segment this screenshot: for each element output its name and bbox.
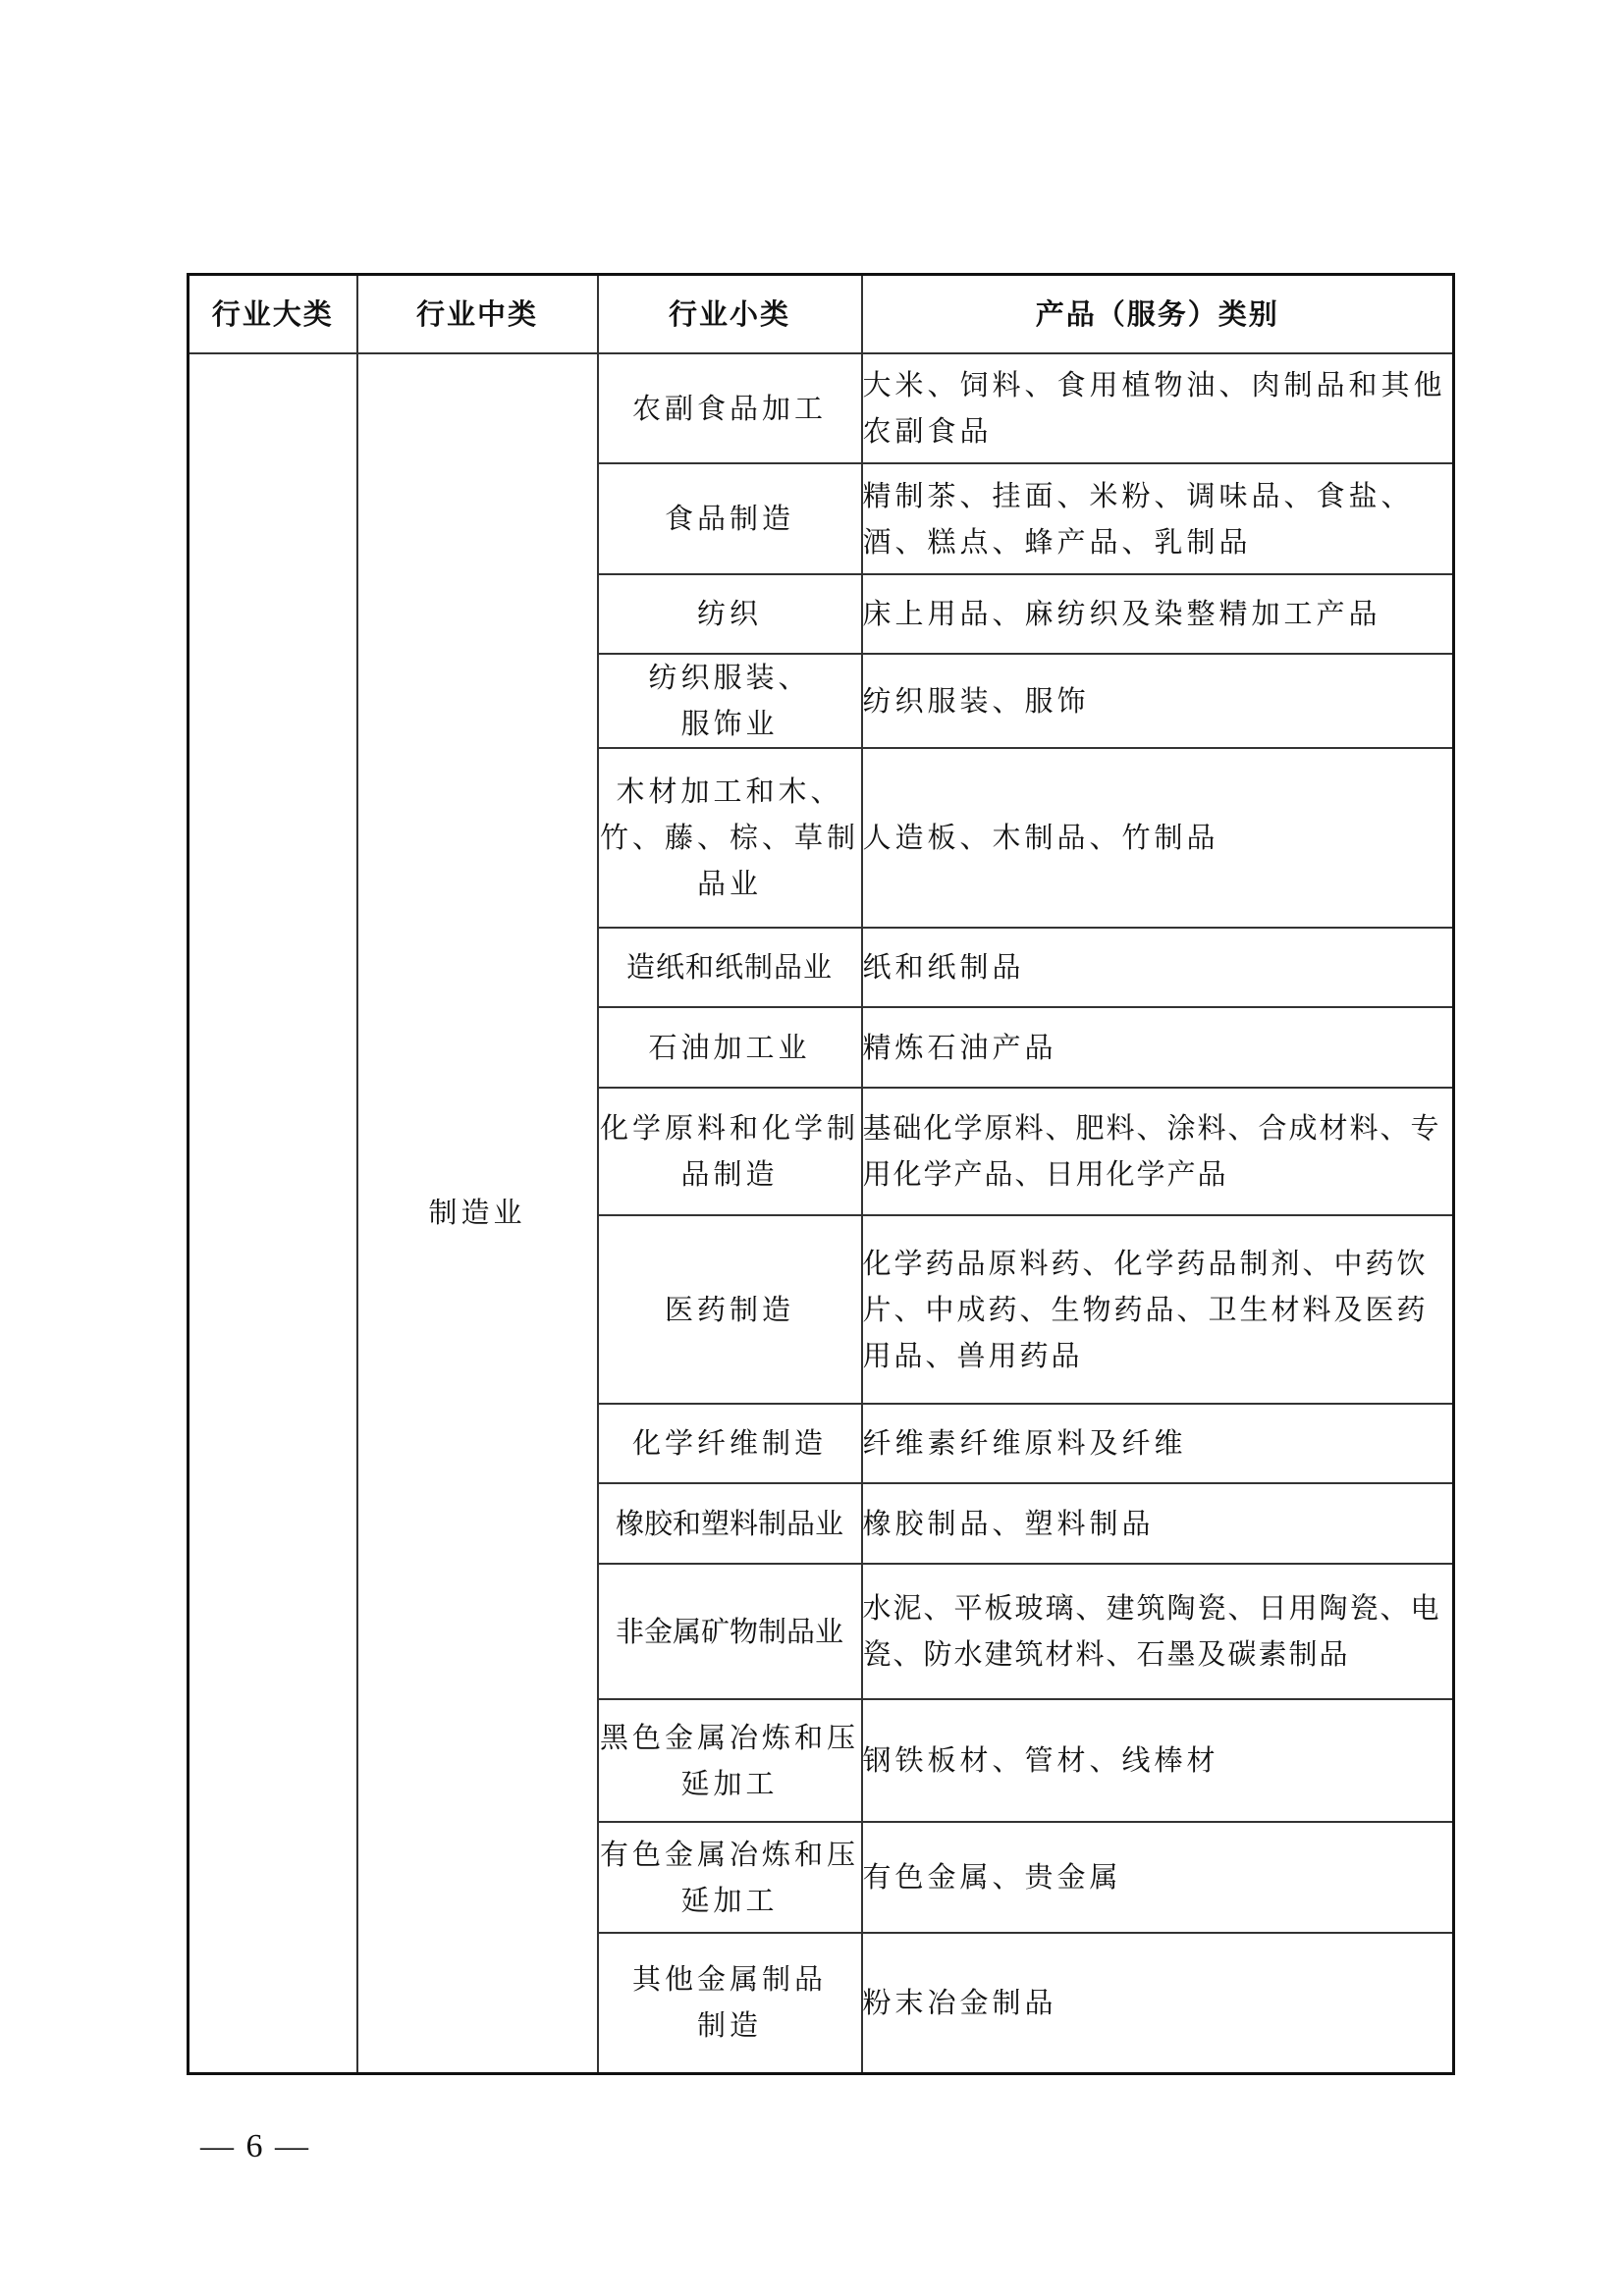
products-cell: 大米、饲料、食用植物油、肉制品和其他农副食品 [862, 353, 1454, 463]
header-products: 产品（服务）类别 [862, 275, 1454, 354]
minor-category-cell: 食品制造 [598, 463, 862, 574]
table-row: 制造业 农副食品加工 大米、饲料、食用植物油、肉制品和其他农副食品 [189, 353, 1454, 463]
minor-category-cell: 纺织服装、服饰业 [598, 654, 862, 748]
minor-category-cell: 非金属矿物制品业 [598, 1564, 862, 1699]
minor-category-cell: 农副食品加工 [598, 353, 862, 463]
minor-category-cell: 造纸和纸制品业 [598, 928, 862, 1007]
products-cell: 基础化学原料、肥料、涂料、合成材料、专用化学产品、日用化学产品 [862, 1088, 1454, 1215]
minor-category-cell: 木材加工和木、竹、藤、棕、草制品业 [598, 748, 862, 928]
products-cell: 钢铁板材、管材、线棒材 [862, 1699, 1454, 1822]
minor-category-cell: 化学纤维制造 [598, 1404, 862, 1483]
minor-category-cell: 化学原料和化学制品制造 [598, 1088, 862, 1215]
products-cell: 化学药品原料药、化学药品制剂、中药饮片、中成药、生物药品、卫生材料及医药用品、兽… [862, 1215, 1454, 1404]
minor-category-cell: 有色金属冶炼和压延加工 [598, 1822, 862, 1933]
page-number: — 6 — [200, 2128, 310, 2165]
header-major-category: 行业大类 [189, 275, 357, 354]
products-cell: 精制茶、挂面、米粉、调味品、食盐、酒、糕点、蜂产品、乳制品 [862, 463, 1454, 574]
middle-category-cell: 制造业 [357, 353, 598, 2073]
minor-category-cell: 石油加工业 [598, 1007, 862, 1088]
products-cell: 人造板、木制品、竹制品 [862, 748, 1454, 928]
minor-category-cell: 橡胶和塑料制品业 [598, 1483, 862, 1564]
products-cell: 纸和纸制品 [862, 928, 1454, 1007]
minor-category-cell: 其他金属制品制造 [598, 1933, 862, 2073]
products-cell: 橡胶制品、塑料制品 [862, 1483, 1454, 1564]
minor-category-cell: 黑色金属冶炼和压延加工 [598, 1699, 862, 1822]
table-header-row: 行业大类 行业中类 行业小类 产品（服务）类别 [189, 275, 1454, 354]
header-minor-category: 行业小类 [598, 275, 862, 354]
header-middle-category: 行业中类 [357, 275, 598, 354]
products-cell: 粉末冶金制品 [862, 1933, 1454, 2073]
minor-category-cell: 纺织 [598, 574, 862, 654]
products-cell: 纤维素纤维原料及纤维 [862, 1404, 1454, 1483]
major-category-cell [189, 353, 357, 2073]
products-cell: 精炼石油产品 [862, 1007, 1454, 1088]
industry-classification-table: 行业大类 行业中类 行业小类 产品（服务）类别 制造业 农副食品加工 大米、饲料… [187, 273, 1455, 2075]
products-cell: 有色金属、贵金属 [862, 1822, 1454, 1933]
products-cell: 纺织服装、服饰 [862, 654, 1454, 748]
products-cell: 床上用品、麻纺织及染整精加工产品 [862, 574, 1454, 654]
document-page: 行业大类 行业中类 行业小类 产品（服务）类别 制造业 农副食品加工 大米、饲料… [0, 0, 1623, 2296]
minor-category-cell: 医药制造 [598, 1215, 862, 1404]
products-cell: 水泥、平板玻璃、建筑陶瓷、日用陶瓷、电瓷、防水建筑材料、石墨及碳素制品 [862, 1564, 1454, 1699]
